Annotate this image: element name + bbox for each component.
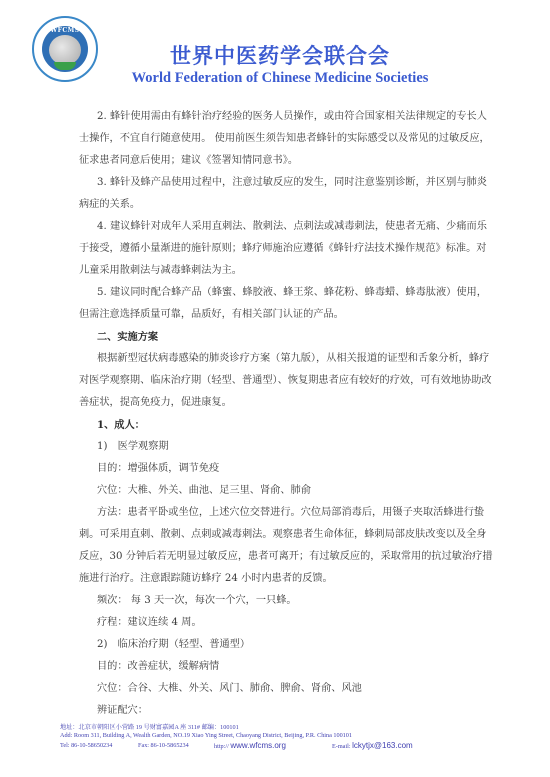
footer-website-link[interactable]: www.wfcms.org: [230, 741, 286, 750]
paragraph-line: 征求患者同意后使用；建议《签署知情同意书》。: [79, 150, 298, 172]
paragraph-line: 穴位：大椎、外关、曲池、足三里、肾俞、肺俞: [97, 480, 311, 502]
paragraph-line: 儿童采用散刺法与减毒蜂刺法为主。: [79, 260, 242, 282]
paragraph-line: 目的：改善症状，缓解病情: [97, 656, 219, 678]
paragraph-line: 4. 建议蜂针对成年人采用直刺法、散刺法、点刺法或减毒刺法，使患者无痛、少痛而乐: [97, 216, 487, 238]
paragraph-line: 对医学观察期、临床治疗期（轻型、普通型）、恢复期患者应有较好的疗效，可有效地协助…: [79, 370, 492, 392]
logo-ring: WFCMS: [42, 26, 88, 72]
paragraph-line: 但需注意选择质量可靠，品质好，有相关部门认证的产品。: [79, 304, 344, 326]
paragraph-line: 5. 建议同时配合蜂产品（蜂蜜、蜂胶液、蜂王浆、蜂花粉、蜂毒蜡、蜂毒肽液）使用，: [97, 282, 487, 304]
organization-name-english: World Federation of Chinese Medicine Soc…: [110, 70, 450, 87]
footer-email-link[interactable]: lckytjx@163.com: [352, 741, 413, 750]
footer-email-label: E-mail:: [332, 743, 351, 750]
paragraph-line: 目的：增强体质，调节免疫: [97, 458, 219, 480]
paragraph-line: 穴位：合谷、大椎、外关、风门、肺俞、脾俞、肾俞、风池: [97, 678, 362, 700]
logo-text: WFCMS: [42, 27, 88, 34]
globe-icon: [49, 35, 81, 65]
paragraph-line: 反应，30 分钟后若无明显过敏反应，患者可离开；有过敏反应的，采取常用的抗过敏治…: [79, 546, 493, 568]
organization-name-chinese: 世界中医药学会联合会: [160, 40, 400, 70]
paragraph-line: 善症状，提高免疫力，促进康复。: [79, 392, 232, 414]
letterhead: WFCMS 世界中医药学会联合会 World Federation of Chi…: [0, 0, 550, 100]
paragraph-line: 于接受，遵循小量渐进的施针原则；蜂疗师施治应遵循《蜂针疗法技术操作规范》标准。对: [79, 238, 487, 260]
paragraph-line: 刺。可采用直刺、散刺、点刺或减毒刺法。观察患者生命体征，蜂刺局部皮肤改变以及全身: [79, 524, 487, 546]
section-heading: 1、成人：: [97, 414, 145, 436]
footer-address-english: Add: Room 311, Building A, Wealth Garden…: [60, 732, 352, 739]
paragraph-line: 2) 临床治疗期（轻型、普通型）: [97, 634, 250, 656]
paragraph-line: 病症的关系。: [79, 194, 140, 216]
paragraph-line: 2. 蜂针使用需由有蜂针治疗经验的医务人员操作，或由符合国家相关法律规定的专长人: [97, 106, 487, 128]
paragraph-line: 辨证配穴：: [97, 700, 148, 722]
footer-email-row: E-mail: lckytjx@163.com: [332, 741, 413, 750]
footer-address-chinese: 地址：北京市朝阳区小营路 19 号财富嘉园A 座 311# 邮编：100101: [60, 722, 239, 731]
paragraph-line: 方法：患者平卧或坐位，上述穴位交替进行。穴位局部消毒后，用镊子夹取活蜂进行蛰: [97, 502, 484, 524]
wfcms-logo-icon: WFCMS: [32, 16, 98, 82]
paragraph-line: 频次： 每 3 天一次，每次一个穴，一只蜂。: [97, 590, 297, 612]
paragraph-line: 士操作，不宜自行随意使用。 使用前医生须告知患者蜂针的实际感受以及常见的过敏反应…: [79, 128, 490, 150]
paragraph-line: 疗程：建议连续 4 周。: [97, 612, 202, 634]
leaf-icon: [54, 62, 76, 70]
footer-http-label: http://: [214, 743, 229, 750]
footer-website-row: http:// www.wfcms.org: [214, 741, 286, 750]
paragraph-line: 施进行治疗。注意跟踪随访蜂疗 24 小时内患者的反馈。: [79, 568, 333, 590]
footer-tel: Tel: 86-10-58650234: [60, 742, 112, 749]
paragraph-line: 根据新型冠状病毒感染的肺炎诊疗方案（第九版），从相关报道的证型和舌象分析，蜂疗: [97, 348, 489, 370]
paragraph-line: 3. 蜂针及蜂产品使用过程中，注意过敏反应的发生，同时注意鉴别诊断，并区别与肺炎: [97, 172, 487, 194]
footer-fax: Fax: 86-10-5865234: [138, 742, 189, 749]
section-heading: 二、实施方案: [97, 326, 158, 348]
paragraph-line: 1) 医学观察期: [97, 436, 169, 458]
